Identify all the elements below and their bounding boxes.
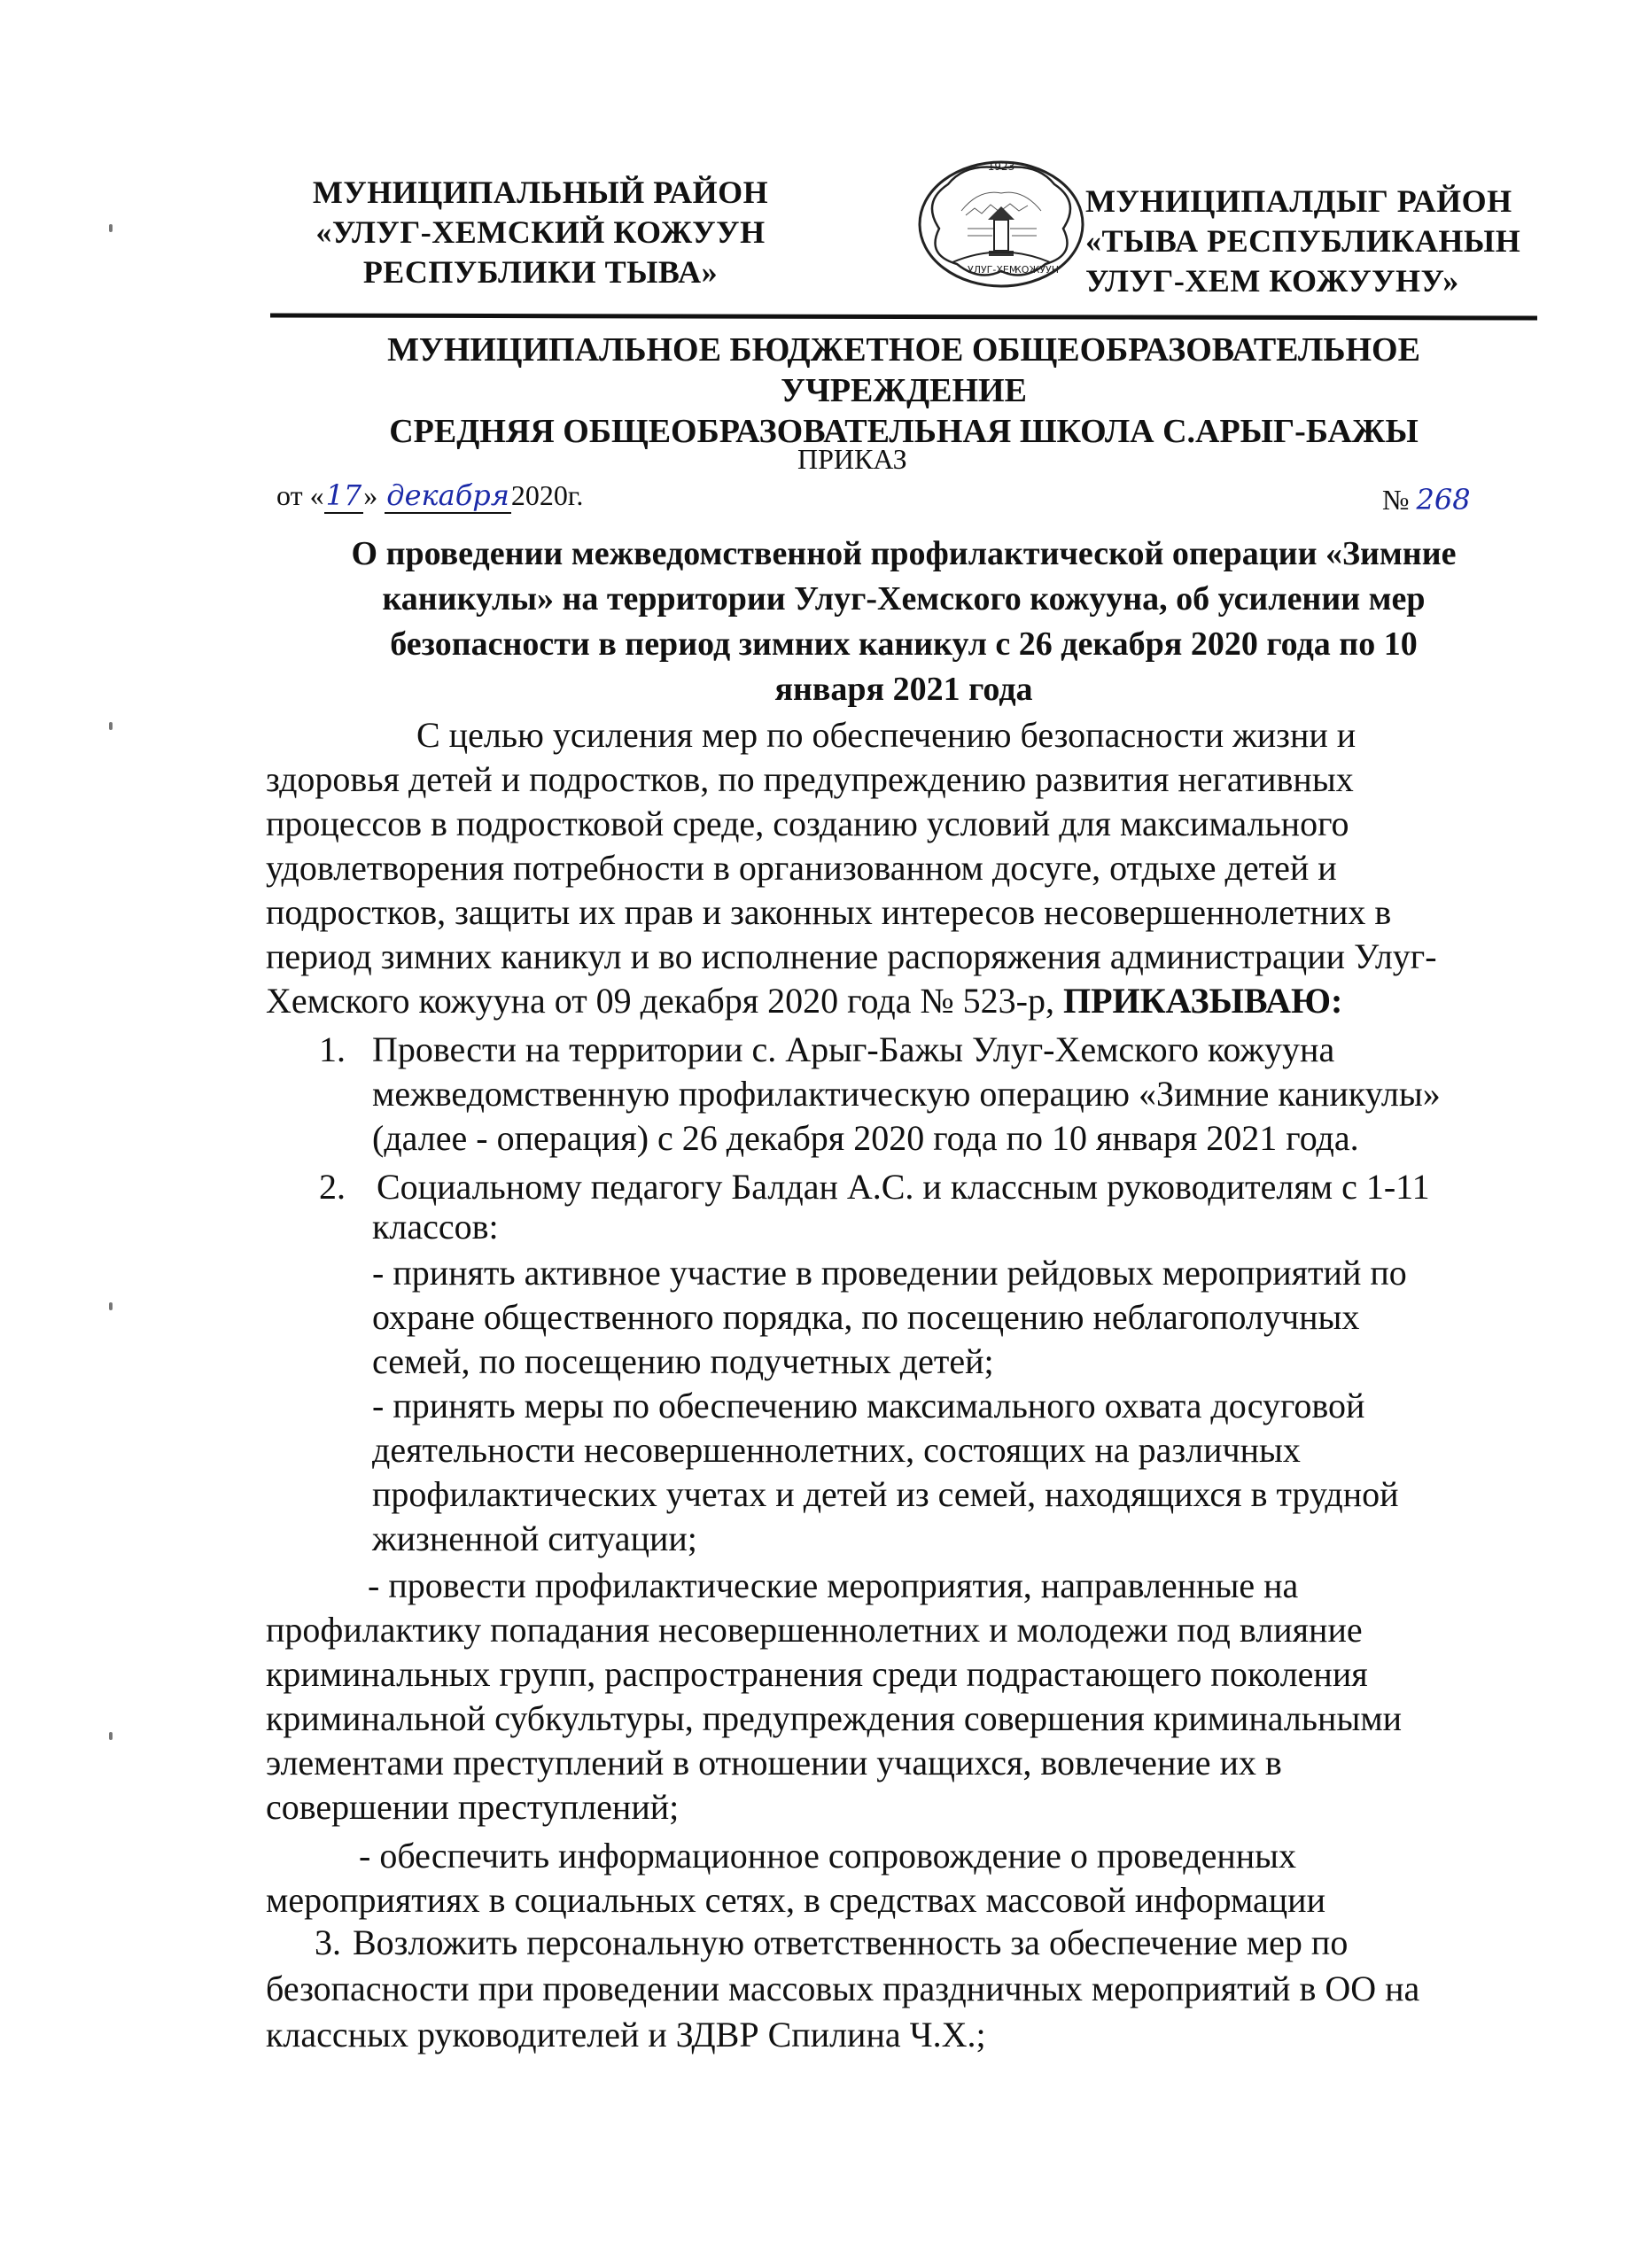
item-line: классных руководителей и ЗДВР Спилина Ч.… xyxy=(266,2013,986,2057)
svg-text:КОЖУУН: КОЖУУН xyxy=(1014,264,1059,276)
item-line: семей, по посещению подучетных детей; xyxy=(372,1340,994,1384)
number-label: № xyxy=(1382,484,1410,516)
item-number: 1. xyxy=(319,1028,346,1072)
preamble-line: процессов в подростковой среде, созданию… xyxy=(266,802,1349,846)
item-number: 3. xyxy=(315,1921,341,1965)
item-line: - принять активное участие в проведении … xyxy=(372,1251,1407,1295)
item-line: жизненной ситуации; xyxy=(372,1517,697,1561)
date-month-handwritten: декабря xyxy=(385,478,511,514)
date-prefix: от « xyxy=(276,479,324,511)
header-right-line: «ТЫВА РЕСПУБЛИКАНЫН xyxy=(1085,221,1528,261)
number-value-handwritten: 268 xyxy=(1417,483,1471,517)
preamble-line: С целью усиления мер по обеспечению безо… xyxy=(416,713,1356,757)
school-name: МУНИЦИПАЛЬНОЕ БЮДЖЕТНОЕ ОБЩЕОБРАЗОВАТЕЛЬ… xyxy=(266,330,1542,452)
scan-speck xyxy=(109,224,113,232)
school-name-line: МУНИЦИПАЛЬНОЕ БЮДЖЕТНОЕ ОБЩЕОБРАЗОВАТЕЛЬ… xyxy=(266,330,1542,411)
order-number: № 268 xyxy=(1382,483,1471,517)
scan-speck xyxy=(109,1302,113,1310)
svg-text:1923: 1923 xyxy=(988,160,1015,173)
item-line: криминальных групп, распространения сред… xyxy=(266,1652,1368,1697)
preamble-line: удовлетворения потребности в организован… xyxy=(266,846,1337,890)
header-right-line: УЛУГ-ХЕМ КОЖУУНУ» xyxy=(1085,261,1528,301)
title-line: О проведении межведомственной профилакти… xyxy=(257,532,1551,577)
date-year: 2020г. xyxy=(511,479,584,511)
header-left-line: РЕСПУБЛИКИ ТЫВА» xyxy=(292,252,789,292)
header-divider xyxy=(270,314,1537,321)
item-line: (далее - операция) с 26 декабря 2020 год… xyxy=(372,1116,1359,1161)
item-line: профилактических учетах и детей из семей… xyxy=(372,1472,1399,1517)
title-line: безопасности в период зимних каникул с 2… xyxy=(257,622,1551,667)
item-line: межведомственную профилактическую операц… xyxy=(372,1072,1441,1116)
order-title: О проведении межведомственной профилакти… xyxy=(257,532,1551,712)
item-line: - обеспечить информационное сопровождени… xyxy=(359,1834,1296,1878)
item-line: совершении преступлений; xyxy=(266,1785,679,1829)
preamble-text: Хемского кожууна от 09 декабря 2020 года… xyxy=(266,981,1063,1021)
header-right-block: МУНИЦИПАЛДЫГ РАЙОН «ТЫВА РЕСПУБЛИКАНЫН У… xyxy=(1085,182,1528,301)
date-mid: » xyxy=(363,479,385,511)
date-day-handwritten: 17 xyxy=(324,478,364,514)
scan-speck xyxy=(109,722,113,730)
item-line: - принять меры по обеспечению максимальн… xyxy=(372,1384,1364,1428)
item-line: криминальной субкультуры, предупреждения… xyxy=(266,1697,1402,1741)
preamble-line: Хемского кожууна от 09 декабря 2020 года… xyxy=(266,979,1342,1023)
item-line: Социальному педагогу Балдан А.С. и класс… xyxy=(377,1165,1430,1209)
order-date: от «17» декабря2020г. xyxy=(276,478,583,512)
item-line: профилактику попадания несовершеннолетни… xyxy=(266,1608,1363,1652)
item-line: - провести профилактические мероприятия,… xyxy=(368,1564,1298,1608)
order-word: ПРИКАЗЫВАЮ: xyxy=(1063,981,1342,1021)
item-number: 2. xyxy=(319,1165,346,1209)
svg-text:УЛУГ-ХЕМ: УЛУГ-ХЕМ xyxy=(968,264,1017,276)
item-line: мероприятиях в социальных сетях, в средс… xyxy=(266,1878,1325,1922)
header-left-block: МУНИЦИПАЛЬНЫЙ РАЙОН «УЛУГ-ХЕМСКИЙ КОЖУУН… xyxy=(292,173,789,292)
preamble-line: подростков, защиты их прав и законных ин… xyxy=(266,890,1391,935)
item-line: деятельности несовершеннолетних, состоящ… xyxy=(372,1428,1301,1472)
title-line: января 2021 года xyxy=(257,667,1551,712)
scan-speck xyxy=(109,1732,113,1740)
item-line: безопасности при проведении массовых пра… xyxy=(266,1967,1419,2011)
preamble-line: период зимних каникул и во исполнение ра… xyxy=(266,935,1437,979)
header-left-line: МУНИЦИПАЛЬНЫЙ РАЙОН xyxy=(292,173,789,213)
item-line: Провести на территории с. Арыг-Бажы Улуг… xyxy=(372,1028,1334,1072)
header-right-line: МУНИЦИПАЛДЫГ РАЙОН xyxy=(1085,182,1528,221)
item-line: классов: xyxy=(372,1205,499,1249)
preamble-line: здоровья детей и подростков, по предупре… xyxy=(266,757,1354,802)
item-line: охране общественного порядка, по посещен… xyxy=(372,1295,1359,1340)
document-type: ПРИКАЗ xyxy=(797,443,907,476)
title-line: каникулы» на территории Улуг-Хемского ко… xyxy=(257,577,1551,622)
item-line: элементами преступлений в отношении учащ… xyxy=(266,1741,1282,1785)
item-line: Возложить персональную ответственность з… xyxy=(353,1921,1348,1965)
header-left-line: «УЛУГ-ХЕМСКИЙ КОЖУУН xyxy=(292,213,789,252)
district-emblem-icon: 1923 УЛУГ-ХЕМ КОЖУУН xyxy=(913,158,1090,291)
